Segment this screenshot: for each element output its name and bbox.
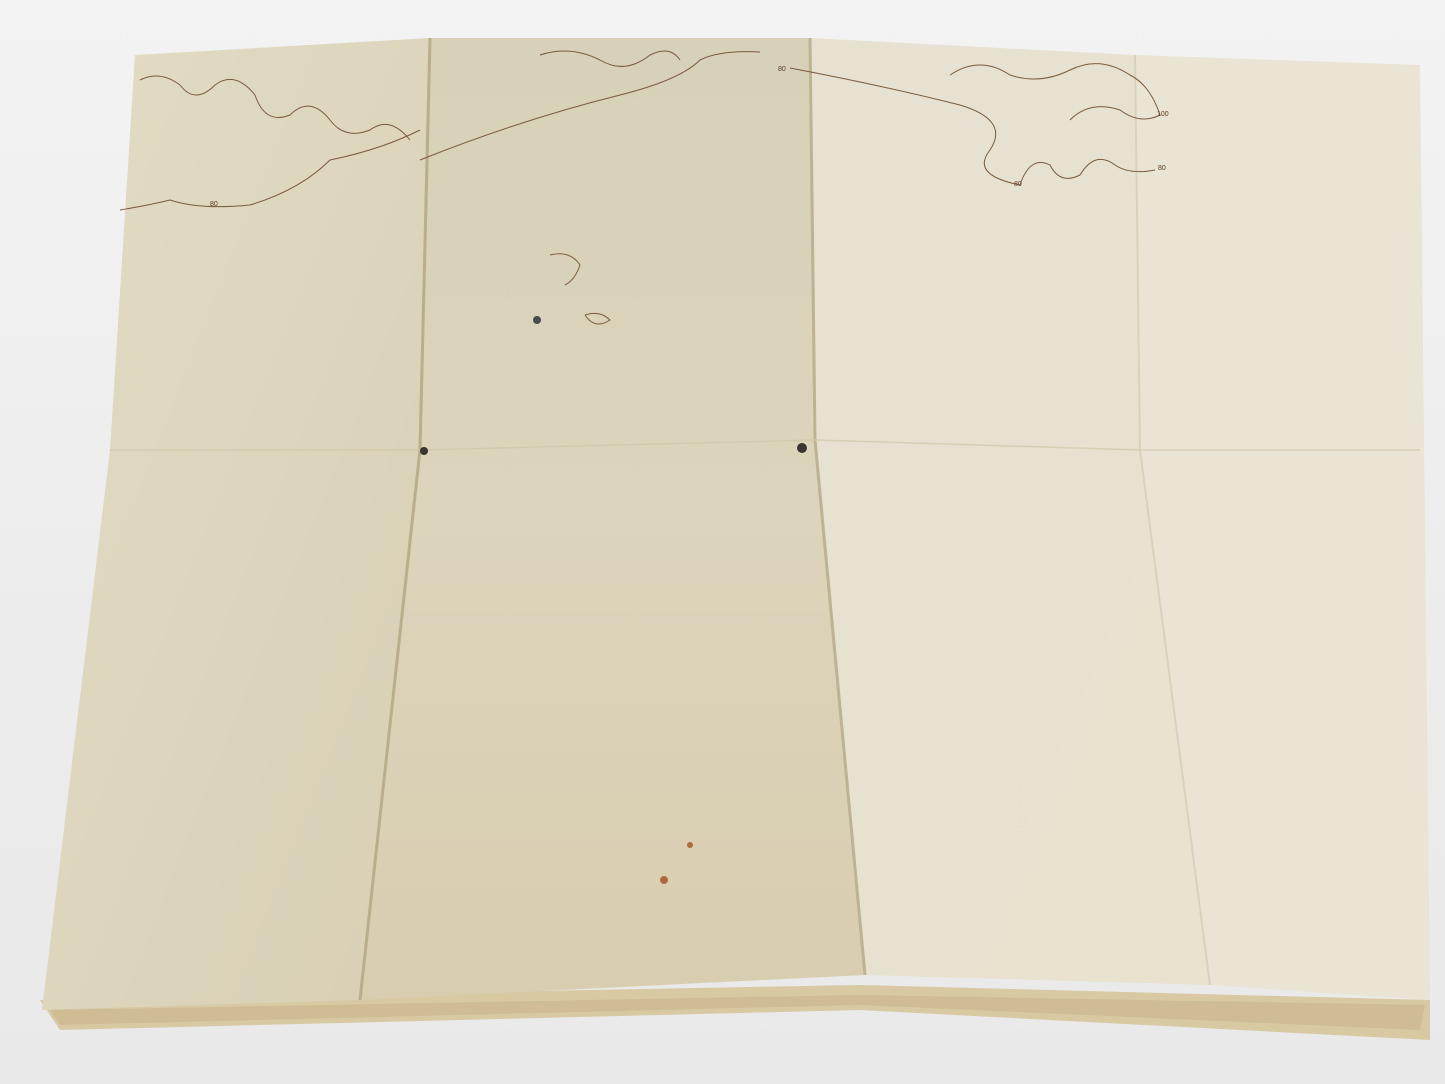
map-panel-2: [360, 38, 865, 1000]
contour-label-80-b: 80: [1014, 181, 1022, 188]
map-panel-1: [42, 38, 430, 1010]
contour-label-80-c: 80: [210, 201, 218, 208]
folded-map-photo: 100 80 80 80 80: [0, 0, 1445, 1084]
contour-label-80-a: 80: [1158, 165, 1166, 172]
contour-label-80-d: 80: [778, 66, 786, 73]
contour-label-100: 100: [1157, 111, 1169, 118]
